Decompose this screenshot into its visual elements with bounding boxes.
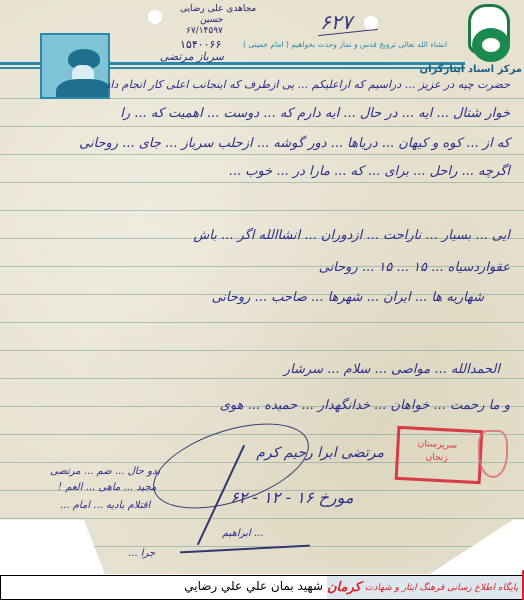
- red-stamp-line: سرپرستان: [417, 438, 457, 453]
- ruled-line: [0, 518, 524, 519]
- top-note-line: مجاهدی علی رضایی: [180, 4, 256, 14]
- emblem-icon: [478, 430, 508, 478]
- handwritten-line: اگرچه ... راحل ... برای ... که ... مارا …: [229, 164, 510, 179]
- reference-number: ۶۲۷: [320, 10, 352, 34]
- logo-wave-inner: [482, 38, 500, 52]
- site-brand[interactable]: نوید شاهد پایگاه اطلاع رسانی فرهنگ ایثار…: [327, 576, 523, 599]
- handwritten-line: حضرت چیه در عزیز ... دراسیم که اراعلیکم …: [105, 78, 510, 91]
- handwritten-line: عقواردسیاه ... ۱۵ ... ۱۵ ... روحانی: [319, 260, 510, 275]
- handwritten-line: و ما رحمت ... خواهان ... خدانگهدار ... ح…: [220, 398, 510, 413]
- letterhead-motto: انشاء الله تعالی ترویج قدس و نماز وحدت ب…: [243, 40, 447, 49]
- ruled-line: [0, 182, 524, 183]
- left-note-line: اقتلام بادیه ... امام ...: [60, 500, 150, 511]
- portrait-photo: [40, 33, 110, 99]
- ruled-line: [0, 210, 524, 211]
- ruled-line: [0, 350, 524, 351]
- ruled-line: [0, 378, 524, 379]
- ruled-line: [0, 154, 524, 155]
- martyr-name: شهيد بمان علي علي رضايي: [184, 579, 323, 593]
- red-stamp-text: سرپرستان زنجان: [417, 438, 458, 466]
- signature: [143, 407, 319, 526]
- handwritten-line: خوار شتال ... ایه ... در حال ... ایه دار…: [120, 106, 510, 121]
- caption-bar: نوید شاهد پایگاه اطلاع رسانی فرهنگ ایثار…: [0, 575, 524, 600]
- date-line: مورخ ۱۶ - ۱۲ - ۶۲: [230, 488, 353, 507]
- brand-tagline: پایگاه اطلاع رسانی فرهنگ ایثار و شهادت: [365, 583, 518, 593]
- handwritten-line: شهاریه ها ... ایران ... شهرها ... صاحب .…: [211, 290, 484, 305]
- handwritten-line: سرباز مرتضی: [160, 50, 224, 63]
- top-note-line: ۶۷/۱۴۵۹۷: [186, 26, 223, 36]
- signature-note: ... ابراهیم: [222, 528, 264, 539]
- left-note-line: بدو حال ... ضم ... مرتضی: [50, 466, 160, 477]
- red-stamp: سرپرستان زنجان: [395, 426, 484, 484]
- top-note-line: حسین: [200, 15, 223, 25]
- letter-paper: مرکز اسناد ایثارگران انشاء الله تعالی تر…: [0, 0, 524, 574]
- handwritten-line: ایی ... بسیار ... ناراحت ... ازدوران ...…: [193, 228, 510, 243]
- org-caption: مرکز اسناد ایثارگران: [420, 64, 522, 75]
- signature-note: جرا ...: [128, 548, 155, 559]
- punch-hole: [364, 16, 378, 30]
- portrait-body: [56, 79, 110, 99]
- left-note-line: مجید ... ماهی ... العم !: [58, 482, 156, 493]
- ruled-line: [0, 126, 524, 127]
- handwritten-line: الحمدالله ... مواصی ... سلام ... سرشار: [284, 362, 500, 377]
- red-stamp-line: زنجان: [417, 451, 457, 466]
- brand-city: کرمان: [327, 580, 361, 595]
- ruled-line: [0, 322, 524, 323]
- punch-hole: [148, 10, 162, 24]
- hand-dove-logo-icon: [456, 2, 522, 68]
- handwritten-line: که از ... کوه و کیهان ... دریاها ... دور…: [79, 136, 510, 151]
